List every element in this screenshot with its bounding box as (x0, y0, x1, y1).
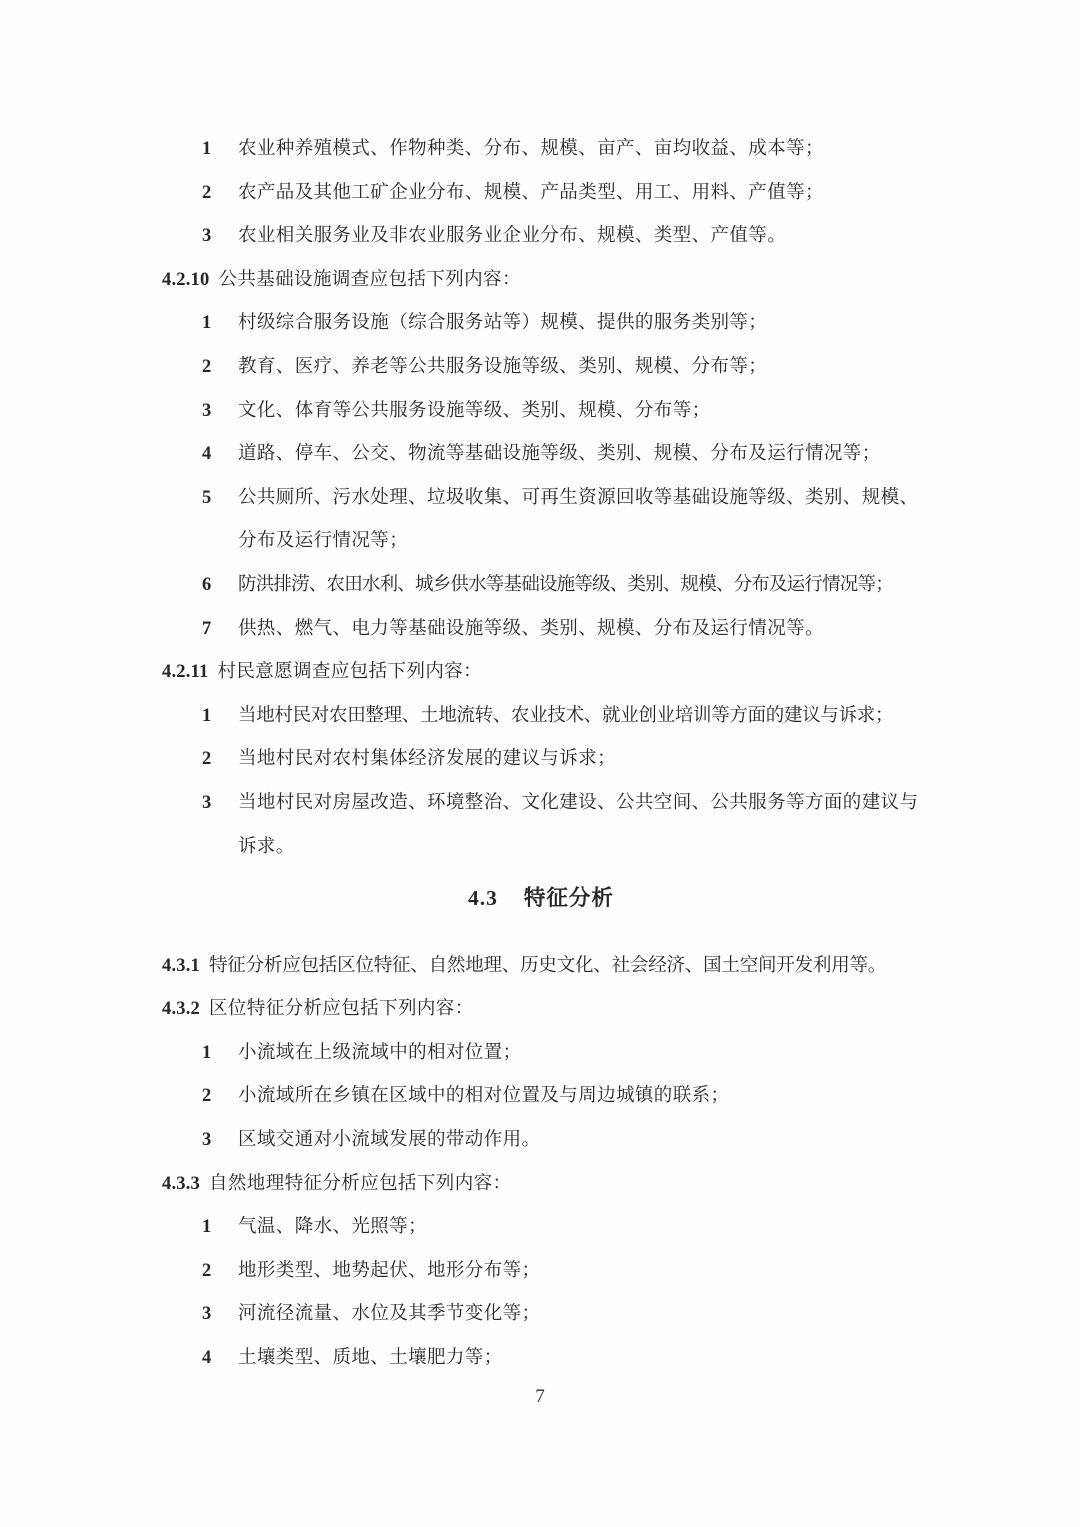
item-text: 道路、停车、公交、物流等基础设施等级、类别、规模、分布及运行情况等； (238, 433, 920, 477)
list-item: 4土壤类型、质地、土壤肥力等； (162, 1337, 920, 1381)
section-heading-title: 特征分析 (524, 886, 614, 910)
list-item: 2农产品及其他工矿企业分布、规模、产品类型、用工、用料、产值等； (162, 172, 920, 216)
clause-number: 4.3.3 (162, 1174, 209, 1194)
item-text: 当地村民对农田整理、土地流转、农业技术、就业创业培训等方面的建议与诉求； (238, 695, 920, 739)
item-number: 3 (202, 1119, 238, 1163)
item-number: 2 (202, 172, 238, 216)
item-text: 土壤类型、质地、土壤肥力等； (238, 1337, 920, 1381)
list-item: 3当地村民对房屋改造、环境整治、文化建设、公共空间、公共服务等方面的建议与诉求。 (162, 782, 920, 869)
item-text: 区域交通对小流域发展的带动作用。 (238, 1119, 920, 1163)
list-item: 2教育、医疗、养老等公共服务设施等级、类别、规模、分布等； (162, 346, 920, 390)
clause-paragraph: 4.2.10公共基础设施调查应包括下列内容： (162, 259, 920, 303)
clause-number: 4.3.2 (162, 999, 209, 1019)
clause-number: 4.3.1 (162, 956, 209, 976)
item-number: 3 (202, 782, 238, 826)
clause-paragraph: 4.3.2区位特征分析应包括下列内容： (162, 988, 920, 1032)
item-number: 5 (202, 477, 238, 521)
list-item: 1当地村民对农田整理、土地流转、农业技术、就业创业培训等方面的建议与诉求； (162, 695, 920, 739)
clause-text: 区位特征分析应包括下列内容： (209, 999, 474, 1019)
item-text: 文化、体育等公共服务设施等级、类别、规模、分布等； (238, 390, 920, 434)
item-number: 2 (202, 1250, 238, 1294)
item-text: 当地村民对农村集体经济发展的建议与诉求； (238, 738, 920, 782)
clause-number: 4.2.10 (162, 270, 218, 290)
section-heading: 4.3特征分析 (162, 877, 920, 921)
clause-paragraph: 4.3.1特征分析应包括区位特征、自然地理、历史文化、社会经济、国土空间开发利用… (162, 945, 920, 989)
list-item: 7供热、燃气、电力等基础设施等级、类别、规模、分布及运行情况等。 (162, 608, 920, 652)
item-text: 村级综合服务设施（综合服务站等）规模、提供的服务类别等； (238, 302, 920, 346)
section-heading-number: 4.3 (468, 886, 524, 910)
item-text: 地形类型、地势起伏、地形分布等； (238, 1250, 920, 1294)
item-number: 4 (202, 433, 238, 477)
item-number: 4 (202, 1337, 238, 1381)
item-text: 农产品及其他工矿企业分布、规模、产品类型、用工、用料、产值等； (238, 172, 920, 216)
item-text: 公共厕所、污水处理、垃圾收集、可再生资源回收等基础设施等级、类别、规模、分布及运… (238, 477, 920, 564)
item-text: 当地村民对房屋改造、环境整治、文化建设、公共空间、公共服务等方面的建议与诉求。 (238, 782, 920, 869)
clause-text: 村民意愿调查应包括下列内容： (217, 662, 482, 682)
item-text: 教育、医疗、养老等公共服务设施等级、类别、规模、分布等； (238, 346, 920, 390)
item-number: 3 (202, 1293, 238, 1337)
list-item: 2地形类型、地势起伏、地形分布等； (162, 1250, 920, 1294)
item-number: 2 (202, 1075, 238, 1119)
item-number: 7 (202, 608, 238, 652)
document-content: 1农业种养殖模式、作物种类、分布、规模、亩产、亩均收益、成本等；2农产品及其他工… (0, 0, 1080, 1381)
list-item: 5公共厕所、污水处理、垃圾收集、可再生资源回收等基础设施等级、类别、规模、分布及… (162, 477, 920, 564)
item-text: 气温、降水、光照等； (238, 1206, 920, 1250)
clause-text: 特征分析应包括区位特征、自然地理、历史文化、社会经济、国土空间开发利用等。 (209, 956, 886, 976)
item-number: 1 (202, 128, 238, 172)
page-number: 7 (0, 1386, 1080, 1408)
list-item: 1村级综合服务设施（综合服务站等）规模、提供的服务类别等； (162, 302, 920, 346)
list-item: 3文化、体育等公共服务设施等级、类别、规模、分布等； (162, 390, 920, 434)
item-text: 农业种养殖模式、作物种类、分布、规模、亩产、亩均收益、成本等； (238, 128, 920, 172)
item-number: 1 (202, 1206, 238, 1250)
item-text: 农业相关服务业及非农业服务业企业分布、规模、类型、产值等。 (238, 215, 920, 259)
list-item: 2小流域所在乡镇在区域中的相对位置及与周边城镇的联系； (162, 1075, 920, 1119)
clause-number: 4.2.11 (162, 662, 217, 682)
item-text: 小流域在上级流域中的相对位置； (238, 1032, 920, 1076)
clause-text: 公共基础设施调查应包括下列内容： (218, 270, 520, 290)
item-number: 1 (202, 302, 238, 346)
item-number: 3 (202, 390, 238, 434)
list-item: 1小流域在上级流域中的相对位置； (162, 1032, 920, 1076)
list-item: 4道路、停车、公交、物流等基础设施等级、类别、规模、分布及运行情况等； (162, 433, 920, 477)
item-number: 1 (202, 1032, 238, 1076)
item-text: 小流域所在乡镇在区域中的相对位置及与周边城镇的联系； (238, 1075, 920, 1119)
item-text: 供热、燃气、电力等基础设施等级、类别、规模、分布及运行情况等。 (238, 608, 920, 652)
item-number: 6 (202, 564, 238, 608)
clause-paragraph: 4.3.3自然地理特征分析应包括下列内容： (162, 1163, 920, 1207)
item-text: 防洪排涝、农田水利、城乡供水等基础设施等级、类别、规模、分布及运行情况等； (238, 564, 920, 608)
list-item: 3河流径流量、水位及其季节变化等； (162, 1293, 920, 1337)
list-item: 1农业种养殖模式、作物种类、分布、规模、亩产、亩均收益、成本等； (162, 128, 920, 172)
item-number: 2 (202, 346, 238, 390)
list-item: 2当地村民对农村集体经济发展的建议与诉求； (162, 738, 920, 782)
list-item: 3农业相关服务业及非农业服务业企业分布、规模、类型、产值等。 (162, 215, 920, 259)
item-number: 3 (202, 215, 238, 259)
list-item: 6防洪排涝、农田水利、城乡供水等基础设施等级、类别、规模、分布及运行情况等； (162, 564, 920, 608)
list-item: 1气温、降水、光照等； (162, 1206, 920, 1250)
clause-text: 自然地理特征分析应包括下列内容： (209, 1174, 511, 1194)
clause-paragraph: 4.2.11村民意愿调查应包括下列内容： (162, 651, 920, 695)
item-number: 1 (202, 695, 238, 739)
item-number: 2 (202, 738, 238, 782)
document-page: 1农业种养殖模式、作物种类、分布、规模、亩产、亩均收益、成本等；2农产品及其他工… (0, 0, 1080, 1527)
list-item: 3区域交通对小流域发展的带动作用。 (162, 1119, 920, 1163)
item-text: 河流径流量、水位及其季节变化等； (238, 1293, 920, 1337)
